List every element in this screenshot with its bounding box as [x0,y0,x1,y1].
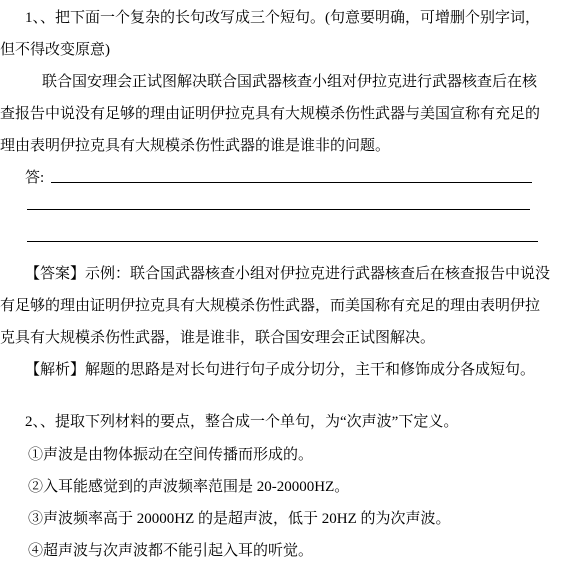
material-item-3: ③声波频率高于 20000HZ 的是超声波，低于 20HZ 的为次声波。 [28,503,551,535]
material-item-1: ①声波是由物体振动在空间传播而形成的。 [28,439,551,471]
material-item-2: ②入耳能感觉到的声波频率范围是 20-20000HZ。 [28,471,551,503]
answer-line-1: 答: [0,162,567,194]
question-1-analysis: 【解析】解题的思路是对长句进行句子成分切分，主干和修饰成分各成短句。 [0,354,567,386]
question-2-materials-list: ①声波是由物体振动在空间传播而形成的。 ②入耳能感觉到的声波频率范围是 20-2… [0,439,567,562]
document-page: 1、、把下面一个复杂的长句改写成三个短句。(句意要明确，可增删个别字词，但不得改… [0,0,567,562]
question-1-answer: 【答案】示例：联合国武器核查小组对伊拉克进行武器核查后在核查报告中说没有足够的理… [0,258,567,354]
answer-line-3 [0,226,567,258]
answer-blank-line-2 [27,194,530,210]
answer-label: 答: [25,162,44,194]
question-1-body: 联合国安理会正试图解决联合国武器核查小组对伊拉克进行武器核查后在核查报告中说没有… [0,66,567,162]
answer-line-2 [0,194,567,226]
answer-blank-area: 答: [0,162,567,258]
answer-blank-line-1 [51,162,532,183]
question-1-section: 1、、把下面一个复杂的长句改写成三个短句。(句意要明确，可增删个别字词，但不得改… [0,2,567,386]
question-1-prompt: 1、、把下面一个复杂的长句改写成三个短句。(句意要明确，可增删个别字词，但不得改… [0,2,567,66]
answer-blank-line-3 [27,226,538,242]
material-item-4: ④超声波与次声波都不能引起入耳的听觉。 [28,535,551,562]
question-2-section: 2、、提取下列材料的要点，整合成一个单句，为“次声波”下定义。 ①声波是由物体振… [0,406,567,562]
question-2-prompt: 2、、提取下列材料的要点，整合成一个单句，为“次声波”下定义。 [0,406,567,438]
